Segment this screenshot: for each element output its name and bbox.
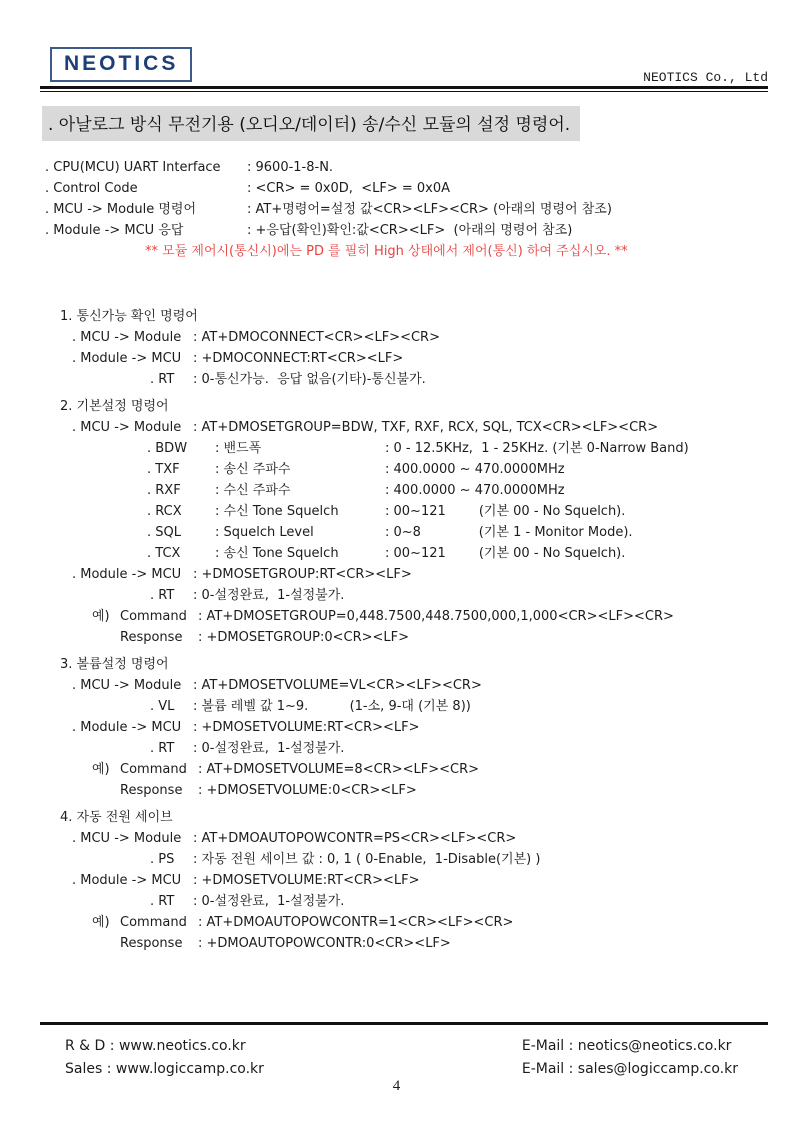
example-prefix: 예) <box>92 912 120 933</box>
param-name: . PS <box>150 849 193 870</box>
example-prefix-empty <box>92 780 120 801</box>
param-desc: : Squelch Level <box>215 522 385 543</box>
page-footer: R & D : www.neotics.co.kr Sales : www.lo… <box>40 1022 768 1081</box>
direction-label: . MCU -> Module <box>72 417 193 438</box>
section-4-powersave: 4. 자동 전원 세이브 . MCU -> Module : AT+DMOAUT… <box>0 807 793 954</box>
divider-thin-line <box>40 91 768 92</box>
direction-label: . Module -> MCU <box>72 348 193 369</box>
param-name: . TCX <box>147 543 215 564</box>
param-value: : 자동 전원 세이브 값 : 0, 1 ( 0-Enable, 1-Disab… <box>193 849 793 870</box>
command-row: . MCU -> Module : AT+DMOAUTOPOWCONTR=PS<… <box>0 828 793 849</box>
rt-row: . RT : 0-통신가능. 응답 없음(기타)-통신불가. <box>0 369 793 390</box>
rt-row: . RT : 0-설정완료, 1-설정불가. <box>0 891 793 912</box>
param-desc: : 수신 주파수 <box>215 480 385 501</box>
response-row: . Module -> MCU : +DMOSETVOLUME:RT<CR><L… <box>0 717 793 738</box>
example-response-row: Response : +DMOAUTOPOWCONTR:0<CR><LF> <box>0 933 793 954</box>
example-value: : +DMOAUTOPOWCONTR:0<CR><LF> <box>198 933 793 954</box>
param-row-txf: . TXF : 송신 주파수 : 400.0000 ~ 470.0000MHz <box>0 459 793 480</box>
direction-label: . Module -> MCU <box>72 564 193 585</box>
vl-row: . VL : 볼륨 레벨 값 1~9. (1-소, 9-대 (기본 8)) <box>0 696 793 717</box>
response-row: . Module -> MCU : +DMOSETVOLUME:RT<CR><L… <box>0 870 793 891</box>
spec-row-mcu-to-module: . MCU -> Module 명령어 : AT+명령어=설정 값<CR><LF… <box>45 199 793 220</box>
page-number: 4 <box>0 1078 793 1095</box>
response-value: : +DMOSETVOLUME:RT<CR><LF> <box>193 870 793 891</box>
rt-row: . RT : 0-설정완료, 1-설정불가. <box>0 738 793 759</box>
interface-info: . CPU(MCU) UART Interface : 9600-1-8-N. … <box>0 157 793 262</box>
command-row: . MCU -> Module : AT+DMOSETGROUP=BDW, TX… <box>0 417 793 438</box>
param-row-tcx: . TCX : 송신 Tone Squelch : 00~121 (기본 00 … <box>0 543 793 564</box>
section-heading: 2. 기본설정 명령어 <box>0 396 793 417</box>
command-row: . MCU -> Module : AT+DMOSETVOLUME=VL<CR>… <box>0 675 793 696</box>
example-label: Command <box>120 759 198 780</box>
spec-label: . Module -> MCU 응답 <box>45 220 247 241</box>
spec-label: . CPU(MCU) UART Interface <box>45 157 247 178</box>
param-name: . BDW <box>147 438 215 459</box>
param-name: . RT <box>150 738 193 759</box>
spec-row-uart: . CPU(MCU) UART Interface : 9600-1-8-N. <box>45 157 793 178</box>
footer-right: E-Mail : neotics@neotics.co.kr E-Mail : … <box>522 1035 768 1081</box>
param-desc: : 수신 Tone Squelch <box>215 501 385 522</box>
example-label: Response <box>120 933 198 954</box>
response-value: : +DMOSETGROUP:RT<CR><LF> <box>193 564 793 585</box>
param-value: : 0-설정완료, 1-설정불가. <box>193 891 793 912</box>
rd-url: R & D : www.neotics.co.kr <box>65 1035 264 1058</box>
spec-row-module-to-mcu: . Module -> MCU 응답 : +응답(확인)확인:값<CR><LF>… <box>45 220 793 241</box>
param-value: : 0~8 (기본 1 - Monitor Mode). <box>385 522 793 543</box>
example-value: : AT+DMOSETGROUP=0,448.7500,448.7500,000… <box>198 606 793 627</box>
example-command-row: 예) Command : AT+DMOSETGROUP=0,448.7500,4… <box>0 606 793 627</box>
param-value: : 0-설정완료, 1-설정불가. <box>193 738 793 759</box>
param-value: : 0-통신가능. 응답 없음(기타)-통신불가. <box>193 369 793 390</box>
company-name: NEOTICS Co., Ltd <box>643 70 768 85</box>
param-value: : 볼륨 레벨 값 1~9. (1-소, 9-대 (기본 8)) <box>193 696 793 717</box>
title-row: . 아날로그 방식 무전기용 (오디오/데이터) 송/수신 모듈의 설정 명령어… <box>42 106 793 141</box>
example-command-row: 예) Command : AT+DMOAUTOPOWCONTR=1<CR><LF… <box>0 912 793 933</box>
param-name: . SQL <box>147 522 215 543</box>
spec-value: : AT+명령어=설정 값<CR><LF><CR> (아래의 명령어 참조) <box>247 199 793 220</box>
divider-thick-line <box>40 86 768 89</box>
ps-row: . PS : 자동 전원 세이브 값 : 0, 1 ( 0-Enable, 1-… <box>0 849 793 870</box>
section-heading: 3. 볼륨설정 명령어 <box>0 654 793 675</box>
command-value: : AT+DMOAUTOPOWCONTR=PS<CR><LF><CR> <box>193 828 793 849</box>
section-heading: 4. 자동 전원 세이브 <box>0 807 793 828</box>
command-value: : AT+DMOCONNECT<CR><LF><CR> <box>193 327 793 348</box>
example-response-row: Response : +DMOSETGROUP:0<CR><LF> <box>0 627 793 648</box>
spec-row-control-code: . Control Code : <CR> = 0x0D, <LF> = 0x0… <box>45 178 793 199</box>
example-command-row: 예) Command : AT+DMOSETVOLUME=8<CR><LF><C… <box>0 759 793 780</box>
direction-label: . MCU -> Module <box>72 675 193 696</box>
param-row-bdw: . BDW : 밴드폭 : 0 - 12.5KHz, 1 - 25KHz. (기… <box>0 438 793 459</box>
document-title: . 아날로그 방식 무전기용 (오디오/데이터) 송/수신 모듈의 설정 명령어… <box>42 106 580 141</box>
command-row: . MCU -> Module : AT+DMOCONNECT<CR><LF><… <box>0 327 793 348</box>
example-response-row: Response : +DMOSETVOLUME:0<CR><LF> <box>0 780 793 801</box>
param-name: . RT <box>150 891 193 912</box>
spec-label: . MCU -> Module 명령어 <box>45 199 247 220</box>
direction-label: . Module -> MCU <box>72 717 193 738</box>
spec-value: : <CR> = 0x0D, <LF> = 0x0A <box>247 178 793 199</box>
param-name: . VL <box>150 696 193 717</box>
response-row: . Module -> MCU : +DMOCONNECT:RT<CR><LF> <box>0 348 793 369</box>
email-neotics: E-Mail : neotics@neotics.co.kr <box>522 1035 738 1058</box>
param-row-rcx: . RCX : 수신 Tone Squelch : 00~121 (기본 00 … <box>0 501 793 522</box>
response-value: : +DMOCONNECT:RT<CR><LF> <box>193 348 793 369</box>
param-value: : 0 - 12.5KHz, 1 - 25KHz. (기본 0-Narrow B… <box>385 438 793 459</box>
direction-label: . MCU -> Module <box>72 828 193 849</box>
spec-label: . Control Code <box>45 178 247 199</box>
example-value: : +DMOSETVOLUME:0<CR><LF> <box>198 780 793 801</box>
spec-value: : +응답(확인)확인:값<CR><LF> (아래의 명령어 참조) <box>247 220 793 241</box>
footer-left: R & D : www.neotics.co.kr Sales : www.lo… <box>40 1035 264 1081</box>
direction-label: . MCU -> Module <box>72 327 193 348</box>
param-name: . RXF <box>147 480 215 501</box>
param-name: . RT <box>150 369 193 390</box>
param-name: . RT <box>150 585 193 606</box>
example-value: : AT+DMOAUTOPOWCONTR=1<CR><LF><CR> <box>198 912 793 933</box>
param-value: : 400.0000 ~ 470.0000MHz <box>385 459 793 480</box>
warning-note: ** 모듈 제어시(통신시)에는 PD 를 필히 High 상태에서 제어(통신… <box>45 241 793 262</box>
example-value: : AT+DMOSETVOLUME=8<CR><LF><CR> <box>198 759 793 780</box>
param-name: . RCX <box>147 501 215 522</box>
page-header: NEOTICS NEOTICS Co., Ltd <box>0 0 793 92</box>
param-desc: : 송신 주파수 <box>215 459 385 480</box>
spec-value: : 9600-1-8-N. <box>247 157 793 178</box>
direction-label: . Module -> MCU <box>72 870 193 891</box>
param-row-rxf: . RXF : 수신 주파수 : 400.0000 ~ 470.0000MHz <box>0 480 793 501</box>
param-value: : 00~121 (기본 00 - No Squelch). <box>385 501 793 522</box>
param-value: : 00~121 (기본 00 - No Squelch). <box>385 543 793 564</box>
command-value: : AT+DMOSETGROUP=BDW, TXF, RXF, RCX, SQL… <box>193 417 793 438</box>
param-value: : 0-설정완료, 1-설정불가. <box>193 585 793 606</box>
neotics-logo-text: NEOTICS <box>64 52 178 75</box>
example-value: : +DMOSETGROUP:0<CR><LF> <box>198 627 793 648</box>
example-label: Response <box>120 627 198 648</box>
example-prefix: 예) <box>92 759 120 780</box>
response-row: . Module -> MCU : +DMOSETGROUP:RT<CR><LF… <box>0 564 793 585</box>
section-heading: 1. 통신가능 확인 명령어 <box>0 306 793 327</box>
neotics-logo: NEOTICS <box>50 47 192 82</box>
example-label: Command <box>120 912 198 933</box>
example-label: Command <box>120 606 198 627</box>
example-prefix-empty <box>92 627 120 648</box>
rt-row: . RT : 0-설정완료, 1-설정불가. <box>0 585 793 606</box>
example-label: Response <box>120 780 198 801</box>
section-2-setgroup: 2. 기본설정 명령어 . MCU -> Module : AT+DMOSETG… <box>0 396 793 648</box>
param-desc: : 송신 Tone Squelch <box>215 543 385 564</box>
param-name: . TXF <box>147 459 215 480</box>
command-value: : AT+DMOSETVOLUME=VL<CR><LF><CR> <box>193 675 793 696</box>
param-value: : 400.0000 ~ 470.0000MHz <box>385 480 793 501</box>
response-value: : +DMOSETVOLUME:RT<CR><LF> <box>193 717 793 738</box>
param-desc: : 밴드폭 <box>215 438 385 459</box>
header-divider <box>40 86 768 92</box>
example-prefix-empty <box>92 933 120 954</box>
example-prefix: 예) <box>92 606 120 627</box>
param-row-sql: . SQL : Squelch Level : 0~8 (기본 1 - Moni… <box>0 522 793 543</box>
document-page: NEOTICS NEOTICS Co., Ltd . 아날로그 방식 무전기용 … <box>0 0 793 1121</box>
section-3-volume: 3. 볼륨설정 명령어 . MCU -> Module : AT+DMOSETV… <box>0 654 793 801</box>
section-1-connect: 1. 통신가능 확인 명령어 . MCU -> Module : AT+DMOC… <box>0 306 793 390</box>
